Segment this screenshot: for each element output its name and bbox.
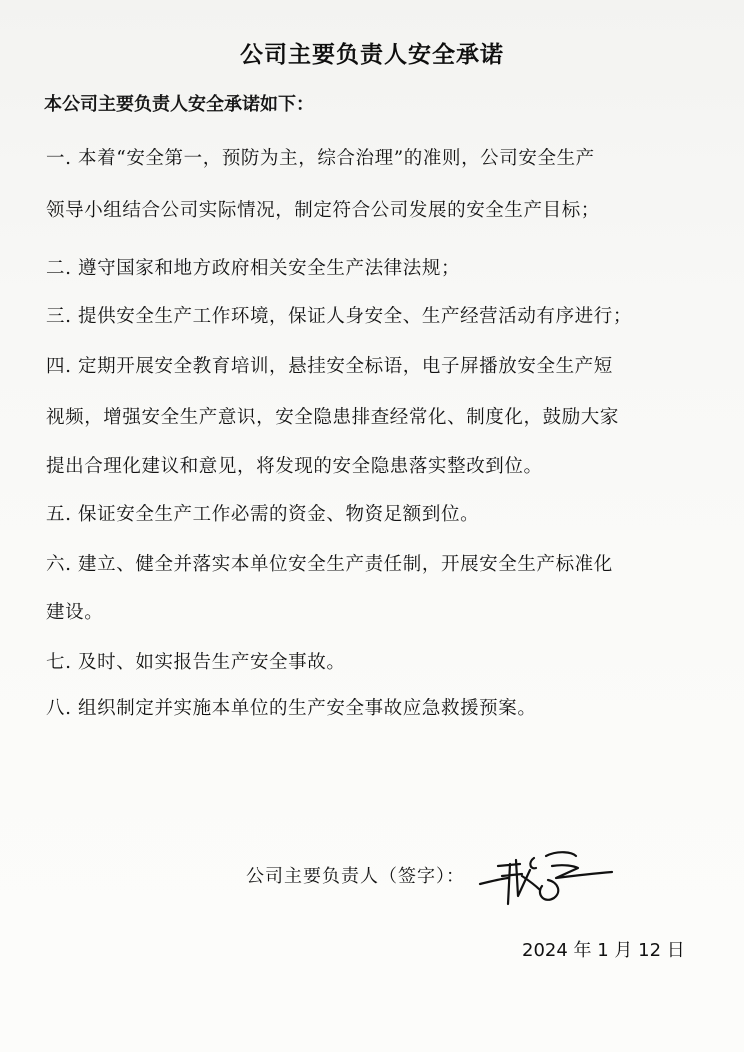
document-title: 公司主要负责人安全承诺	[0, 36, 744, 69]
item-5-line-1: 五. 保证安全生产工作必需的资金、物资足额到位。	[46, 500, 479, 526]
item-1-line-2: 领导小组结合公司实际情况，制定符合公司发展的安全生产目标；	[46, 196, 600, 222]
signature-date: 2024 年 1 月 12 日	[522, 936, 685, 962]
intro-text: 本公司主要负责人安全承诺如下：	[44, 90, 314, 116]
item-4-line-2: 视频，增强安全生产意识，安全隐患排查经常化、制度化，鼓励大家	[46, 403, 619, 429]
item-4-line-3: 提出合理化建议和意见，将发现的安全隐患落实整改到位。	[46, 452, 543, 478]
item-6-line-2: 建设。	[46, 598, 103, 624]
signature-label: 公司主要负责人（签字）：	[246, 862, 465, 888]
handwritten-signature-icon	[478, 846, 618, 916]
item-4-line-1: 四. 定期开展安全教育培训，悬挂安全标语，电子屏播放安全生产短	[46, 352, 613, 378]
item-3-line-1: 三. 提供安全生产工作环境，保证人身安全、生产经营活动有序进行；	[46, 302, 632, 328]
item-7-line-1: 七. 及时、如实报告生产安全事故。	[46, 648, 345, 674]
item-8-line-1: 八. 组织制定并实施本单位的生产安全事故应急救援预案。	[46, 694, 536, 720]
item-1-line-1: 一. 本着“安全第一，预防为主，综合治理”的准则，公司安全生产	[46, 144, 595, 170]
item-2-line-1: 二. 遵守国家和地方政府相关安全生产法律法规；	[46, 254, 460, 280]
document-page: 公司主要负责人安全承诺 本公司主要负责人安全承诺如下： 一. 本着“安全第一，预…	[0, 0, 744, 1052]
item-6-line-1: 六. 建立、健全并落实本单位安全生产责任制，开展安全生产标准化	[46, 550, 613, 576]
